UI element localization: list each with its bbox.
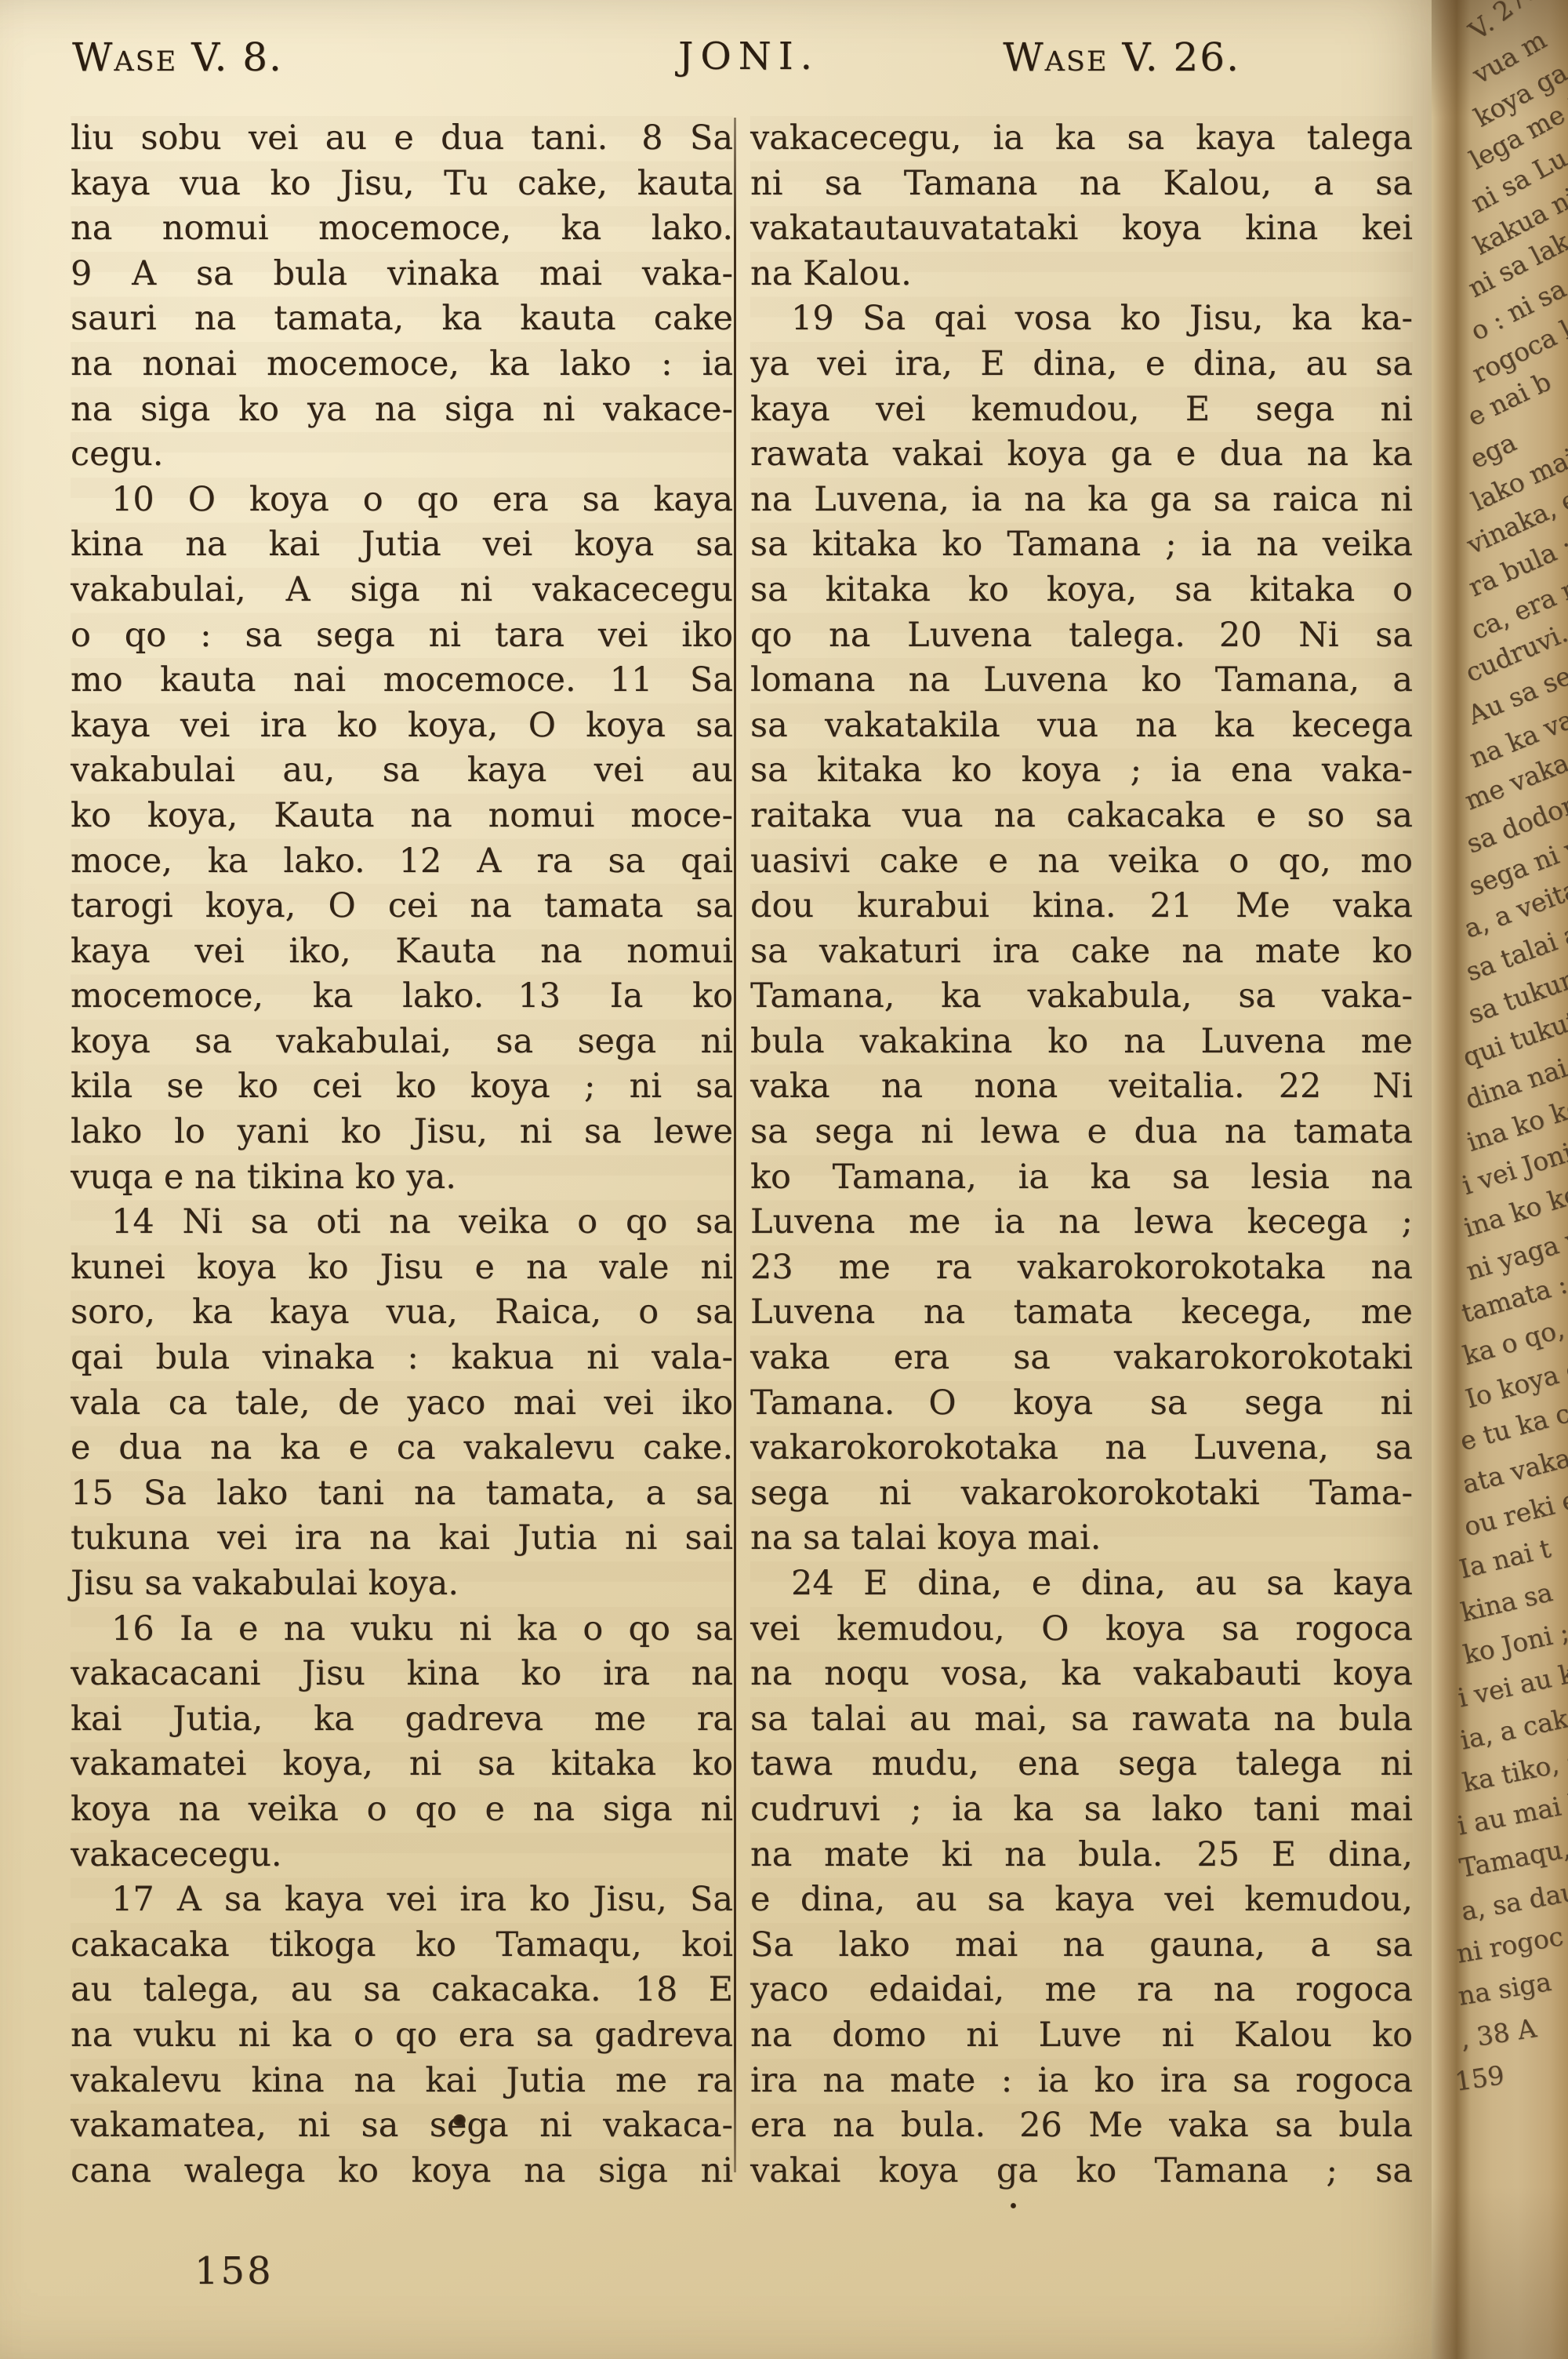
text-line: kaya vua ko Jisu, Tu cake, kauta bbox=[71, 162, 733, 207]
text-line: 19 Sa qai vosa ko Jisu, ka ka- bbox=[750, 296, 1413, 342]
left-text-column: liu sobu vei au e dua tani. 8 Sakaya vua… bbox=[71, 116, 733, 2194]
text-line: rawata vakai koya ga e dua na ka bbox=[750, 432, 1413, 478]
text-line: bula vakakina ko na Luvena me bbox=[750, 1020, 1413, 1065]
next-page-fore-edge: V. 27.vua mkoya galega me ini sa Lukakua… bbox=[1432, 0, 1568, 2359]
text-line: liu sobu vei au e dua tani. 8 Sa bbox=[71, 116, 733, 162]
text-line: sa kitaka ko koya, sa kitaka o bbox=[750, 568, 1413, 613]
ink-speck bbox=[1011, 2203, 1016, 2208]
text-line: vakacecegu. bbox=[71, 1833, 733, 1878]
text-line: cana walega ko koya na siga ni bbox=[71, 2149, 733, 2194]
text-line: vakatautauvatataki koya kina kei bbox=[750, 206, 1413, 252]
running-head-left: Wase V. 8. bbox=[72, 35, 283, 80]
text-line: soro, ka kaya vua, Raica, o sa bbox=[71, 1290, 733, 1336]
text-line: 10 O koya o qo era sa kaya bbox=[71, 478, 733, 523]
text-line: qo na Luvena talega. 20 Ni sa bbox=[750, 613, 1413, 659]
text-line: ira na mate : ia ko ira sa rogoca bbox=[750, 2059, 1413, 2104]
text-line: na nomui mocemoce, ka lako. bbox=[71, 206, 733, 252]
text-line: sega ni vakarokorokotaki Tama- bbox=[750, 1471, 1413, 1517]
text-line: vaka era sa vakarokorokotaki bbox=[750, 1336, 1413, 1381]
text-line: Jisu sa vakabulai koya. bbox=[71, 1561, 733, 1607]
text-line: vakamatei koya, ni sa kitaka ko bbox=[71, 1742, 733, 1787]
text-line: qai bula vinaka : kakua ni vala- bbox=[71, 1336, 733, 1381]
fore-edge-text-fragment: , 38 A bbox=[1458, 2012, 1538, 2055]
text-line: kila se ko cei ko koya ; ni sa bbox=[71, 1064, 733, 1110]
running-head-right: Wase V. 26. bbox=[1003, 35, 1240, 80]
text-line: vuqa e na tikina ko ya. bbox=[71, 1155, 733, 1201]
text-line: yaco edaidai, me ra na rogoca bbox=[750, 1968, 1413, 2013]
ink-speck bbox=[453, 2114, 466, 2126]
text-line: raitaka vua na cakacaka e so sa bbox=[750, 794, 1413, 839]
text-line: kaya vei kemudou, E sega ni bbox=[750, 387, 1413, 433]
text-line: kaya vei iko, Kauta na nomui bbox=[71, 929, 733, 975]
text-line: o qo : sa sega ni tara vei iko bbox=[71, 613, 733, 659]
fore-edge-text-fragment: a, sa daut bbox=[1459, 1874, 1568, 1926]
text-line: kunei koya ko Jisu e na vale ni bbox=[71, 1245, 733, 1291]
text-line: na siga ko ya na siga ni vakace- bbox=[71, 387, 733, 433]
text-line: na noqu vosa, ka vakabauti koya bbox=[750, 1652, 1413, 1697]
text-line: Tamana. O koya sa sega ni bbox=[750, 1381, 1413, 1427]
text-line: moce, ka lako. 12 A ra sa qai bbox=[71, 839, 733, 885]
text-line: na Luvena, ia na ka ga sa raica ni bbox=[750, 478, 1413, 523]
text-line: Luvena na tamata kecega, me bbox=[750, 1290, 1413, 1336]
text-line: tarogi koya, O cei na tamata sa bbox=[71, 884, 733, 929]
text-line: lako lo yani ko Jisu, ni sa lewe bbox=[71, 1110, 733, 1155]
text-line: na Kalou. bbox=[750, 252, 1413, 297]
text-line: sa kitaka ko Tamana ; ia na veika bbox=[750, 522, 1413, 568]
text-line: 14 Ni sa oti na veika o qo sa bbox=[71, 1200, 733, 1245]
text-line: na nonai mocemoce, ka lako : ia bbox=[71, 342, 733, 387]
text-line: kina na kai Jutia vei koya sa bbox=[71, 522, 733, 568]
text-line: na domo ni Luve ni Kalou ko bbox=[750, 2013, 1413, 2059]
text-line: sauri na tamata, ka kauta cake bbox=[71, 296, 733, 342]
text-line: ya vei ira, E dina, e dina, au sa bbox=[750, 342, 1413, 387]
text-line: lomana na Luvena ko Tamana, a bbox=[750, 658, 1413, 703]
text-line: cegu. bbox=[71, 432, 733, 478]
text-line: vakamatea, ni sa sega ni vakaca- bbox=[71, 2103, 733, 2149]
text-line: au talega, au sa cakacaka. 18 E bbox=[71, 1968, 733, 2013]
right-text-column: vakacecegu, ia ka sa kaya talegani sa Ta… bbox=[750, 116, 1413, 2194]
book-page: Wase V. 8. JONI. Wase V. 26. liu sobu ve… bbox=[0, 0, 1435, 2359]
text-line: era na bula. 26 Me vaka sa bula bbox=[750, 2103, 1413, 2149]
text-line: vaka na nona veitalia. 22 Ni bbox=[750, 1064, 1413, 1110]
text-line: 15 Sa lako tani na tamata, a sa bbox=[71, 1471, 733, 1517]
text-line: Tamana, ka vakabula, sa vaka- bbox=[750, 974, 1413, 1020]
text-line: na mate ki na bula. 25 E dina, bbox=[750, 1833, 1413, 1878]
text-line: vakacecegu, ia ka sa kaya talega bbox=[750, 116, 1413, 162]
text-line: dou kurabui kina. 21 Me vaka bbox=[750, 884, 1413, 929]
column-divider-rule bbox=[734, 118, 736, 2172]
text-line: vakalevu kina na kai Jutia me ra bbox=[71, 2059, 733, 2104]
text-line: vei kemudou, O koya sa rogoca bbox=[750, 1607, 1413, 1652]
text-line: 16 Ia e na vuku ni ka o qo sa bbox=[71, 1607, 733, 1652]
text-line: sa kitaka ko koya ; ia ena vaka- bbox=[750, 748, 1413, 794]
text-line: e dua na ka e ca vakalevu cake. bbox=[71, 1426, 733, 1471]
text-line: uasivi cake e na veika o qo, mo bbox=[750, 839, 1413, 885]
text-line: sa talai au mai, sa rawata na bula bbox=[750, 1697, 1413, 1743]
text-line: ko koya, Kauta na nomui moce- bbox=[71, 794, 733, 839]
text-line: kaya vei ira ko koya, O koya sa bbox=[71, 703, 733, 749]
text-line: vala ca tale, de yaco mai vei iko bbox=[71, 1381, 733, 1427]
text-line: tukuna vei ira na kai Jutia ni sai bbox=[71, 1516, 733, 1561]
text-line: vakabulai, A siga ni vakacecegu bbox=[71, 568, 733, 613]
text-line: 24 E dina, e dina, au sa kaya bbox=[750, 1561, 1413, 1607]
fore-edge-text-fragment: ni rogoc bbox=[1454, 1921, 1565, 1969]
text-line: ko Tamana, ia ka sa lesia na bbox=[750, 1155, 1413, 1201]
text-line: na vuku ni ka o qo era sa gadreva bbox=[71, 2013, 733, 2059]
text-line: vakai koya ga ko Tamana ; sa bbox=[750, 2149, 1413, 2194]
text-line: na sa talai koya mai. bbox=[750, 1516, 1413, 1561]
text-line: Sa lako mai na gauna, a sa bbox=[750, 1923, 1413, 1968]
text-line: sa vakaturi ira cake na mate ko bbox=[750, 929, 1413, 975]
text-line: mo kauta nai mocemoce. 11 Sa bbox=[71, 658, 733, 703]
text-line: vakabulai au, sa kaya vei au bbox=[71, 748, 733, 794]
text-line: 23 me ra vakarokorokotaka na bbox=[750, 1245, 1413, 1291]
fore-edge-text-fragment: 159 bbox=[1454, 2059, 1507, 2097]
running-head-title: JONI. bbox=[678, 35, 819, 78]
page-number: 158 bbox=[194, 2249, 274, 2293]
text-line: e dina, au sa kaya vei kemudou, bbox=[750, 1877, 1413, 1923]
text-line: koya sa vakabulai, sa sega ni bbox=[71, 1020, 733, 1065]
text-line: koya na veika o qo e na siga ni bbox=[71, 1787, 733, 1833]
text-line: mocemoce, ka lako. 13 Ia ko bbox=[71, 974, 733, 1020]
text-line: sa vakatakila vua na ka kecega bbox=[750, 703, 1413, 749]
text-line: Luvena me ia na lewa kecega ; bbox=[750, 1200, 1413, 1245]
text-line: kai Jutia, ka gadreva me ra bbox=[71, 1697, 733, 1743]
text-line: cakacaka tikoga ko Tamaqu, koi bbox=[71, 1923, 733, 1968]
text-line: ni sa Tamana na Kalou, a sa bbox=[750, 162, 1413, 207]
fore-edge-text-fragment: kina sa bbox=[1458, 1576, 1555, 1627]
text-line: sa sega ni lewa e dua na tamata bbox=[750, 1110, 1413, 1155]
text-line: tawa mudu, ena sega talega ni bbox=[750, 1742, 1413, 1787]
text-line: vakarokorokotaka na Luvena, sa bbox=[750, 1426, 1413, 1471]
text-line: cudruvi ; ia ka sa lako tani mai bbox=[750, 1787, 1413, 1833]
book-scan: { "page": { "header": { "left": "Wase V.… bbox=[0, 0, 1568, 2359]
fore-edge-text-fragment: na siga bbox=[1456, 1966, 1553, 2012]
text-line: vakacacani Jisu kina ko ira na bbox=[71, 1652, 733, 1697]
text-line: 17 A sa kaya vei ira ko Jisu, Sa bbox=[71, 1877, 733, 1923]
text-line: 9 A sa bula vinaka mai vaka- bbox=[71, 252, 733, 297]
